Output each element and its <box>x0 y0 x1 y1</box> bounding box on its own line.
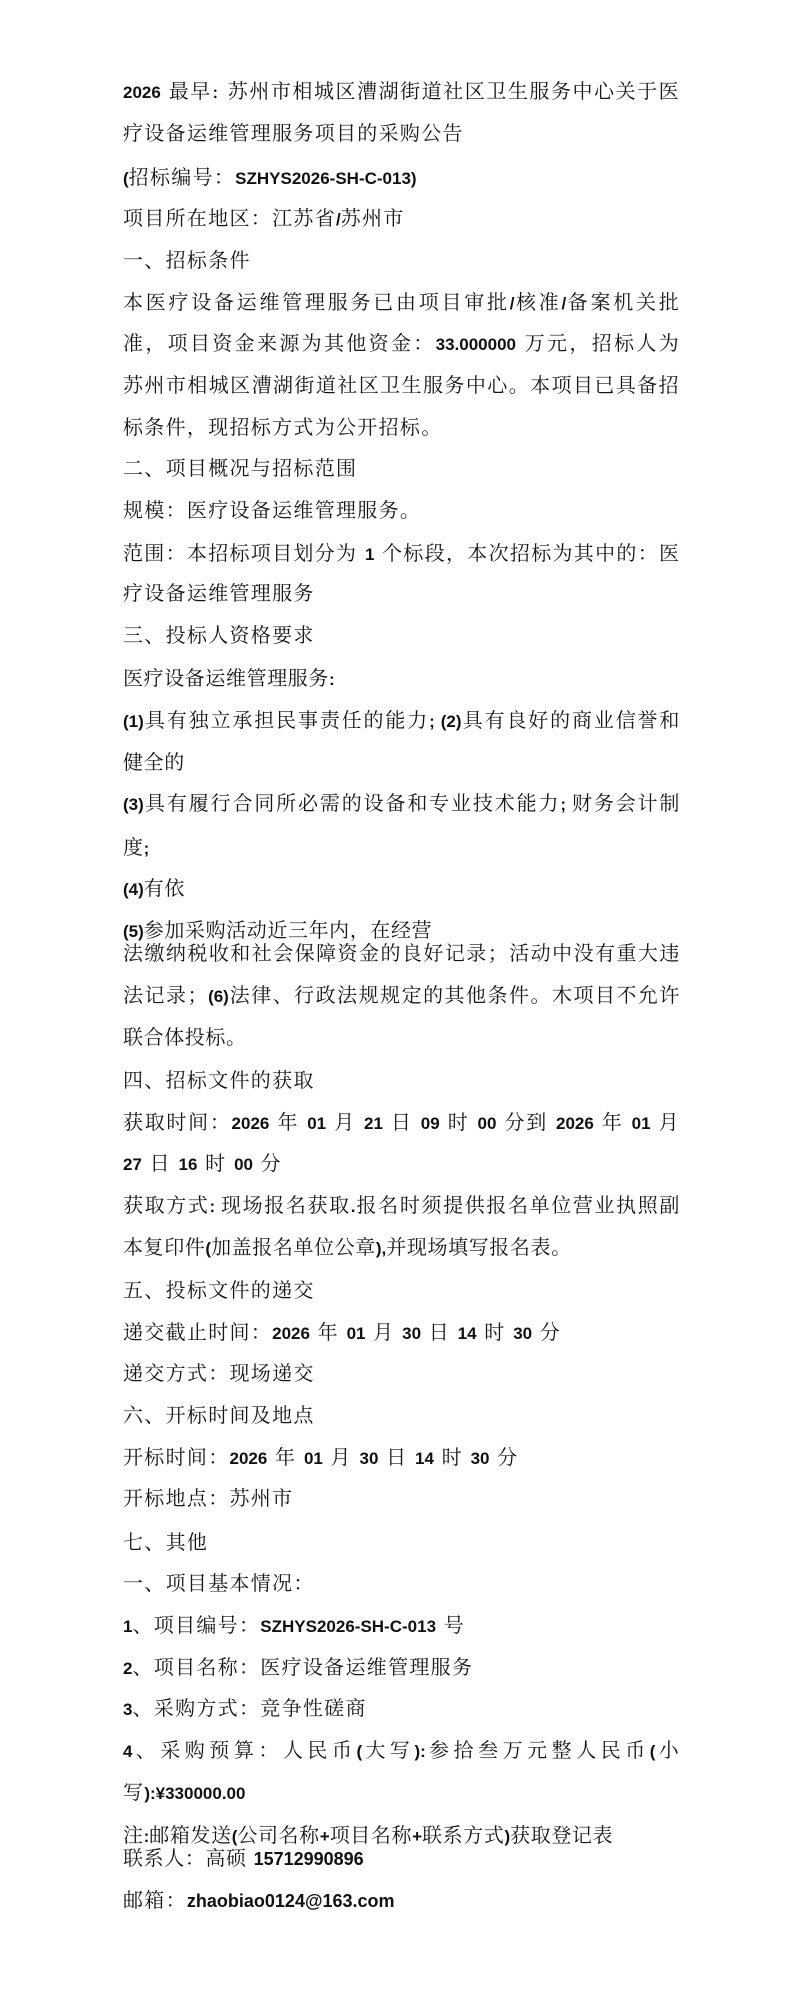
section-heading: 六、开标时间及地点 <box>123 1402 680 1428</box>
date-value: 2026 <box>230 1449 268 1468</box>
section-heading: 三、投标人资格要求 <box>123 622 680 648</box>
text-run: 开标时间： <box>123 1445 230 1469</box>
text-run: 日 <box>421 1320 458 1344</box>
text-run: 具有履行合同所必需的设备和专业技术能力 <box>144 791 561 815</box>
date-value: 2026 <box>232 1114 270 1133</box>
text-run: ; <box>560 795 572 814</box>
text-run: 本医疗设备运维管理服务已由项目审批 <box>123 290 510 314</box>
info-item: 2、项目名称：医疗设备运维管理服务 <box>123 1654 680 1680</box>
date-value: 2026 <box>272 1324 310 1343</box>
text-run: 时 <box>440 1110 478 1134</box>
text-run: 时 <box>477 1320 514 1344</box>
section-heading: 四、招标文件的获取 <box>123 1067 680 1093</box>
time-value: 14 <box>458 1324 477 1343</box>
text-run: 年 <box>594 1110 632 1134</box>
section-line: 法记录；(6)法律、行政法规规定的其他条件。木项目不允许 <box>123 982 680 1008</box>
budget-amount: ):¥330000.00 <box>144 1784 245 1803</box>
text-run: 注 <box>123 1823 144 1847</box>
time-value: 09 <box>421 1114 440 1133</box>
text-run: 联合体投标。 <box>123 1025 247 1049</box>
text-run: 日 <box>383 1110 421 1134</box>
date-value: 2026 <box>556 1114 594 1133</box>
text-run: 具有独立承担民事责任的能力 <box>144 708 429 732</box>
text-run: ), <box>376 1239 386 1258</box>
time-value: 16 <box>179 1155 198 1174</box>
text-run: 时 <box>197 1151 234 1175</box>
procurement-notice-document: 2026 最早: 苏州市相城区漕湖街道社区卫生服务中心关于医 疗设备运维管理服务… <box>0 0 800 1991</box>
date-value: 01 <box>307 1114 326 1133</box>
funding-amount: 33.000000 <box>436 335 516 354</box>
text-run: 年 <box>310 1320 347 1344</box>
date-value: 30 <box>402 1324 421 1343</box>
text-run: 、项目编号： <box>132 1613 260 1637</box>
section-line: 递交方式：现场递交 <box>123 1360 680 1386</box>
text-run: 月 <box>365 1320 402 1344</box>
text-run: + <box>412 1827 422 1846</box>
text-run: 财务会计制 <box>572 791 680 815</box>
bid-number-line: (招标编号：SZHYS2026-SH-C-013) <box>123 164 680 190</box>
text-run: : <box>210 1197 221 1216</box>
text-run: 分 <box>253 1151 282 1175</box>
section-line: 获取方式: 现场报名获取.报名时须提供报名单位营业执照副 <box>123 1192 680 1218</box>
text-run: 加盖报名单位公章 <box>211 1235 376 1259</box>
section-line: 准，项目资金来源为其他资金：33.000000 万元，招标人为 <box>123 330 680 356</box>
text-run: 项目名称 <box>330 1823 412 1847</box>
section-line: 范围：本招标项目划分为 1 个标段，本次招标为其中的：医 <box>123 540 680 566</box>
text-run: 法缴纳税收和社会保障资金的良好记录；活动中没有重大违 <box>123 941 680 965</box>
section-line: (3)具有履行合同所必需的设备和专业技术能力; 财务会计制 <box>123 790 680 816</box>
date-value: 01 <box>304 1449 323 1468</box>
list-marker: (1) <box>123 712 144 731</box>
text-run: : <box>329 670 335 689</box>
date-value: 01 <box>347 1324 366 1343</box>
list-marker: (6) <box>208 987 229 1006</box>
list-marker: ; (2) <box>429 712 461 731</box>
text-run: 项目所在地区：江苏省 <box>123 206 336 230</box>
section-line: 标条件，现招标方式为公开招标。 <box>123 414 680 440</box>
title-text: 疗设备运维管理服务项目的采购公告 <box>123 121 464 145</box>
section-line: 27 日 16 时 00 分 <box>123 1150 680 1176</box>
text-run: 本复印件 <box>123 1235 205 1259</box>
text-run: 报名时须提供报名单位营业执照副 <box>356 1193 681 1217</box>
text-run: 并现场填写报名表。 <box>386 1235 571 1259</box>
section-line: 本复印件(加盖报名单位公章),并现场填写报名表。 <box>123 1234 680 1260</box>
time-value: 30 <box>471 1449 490 1468</box>
text-run: 大写 <box>362 1738 414 1762</box>
contact-line: 联系人：高硕 15712990896 <box>123 1845 680 1871</box>
text-run: 写 <box>123 1780 144 1804</box>
title-line: 2026 最早: 苏州市相城区漕湖街道社区卫生服务中心关于医 <box>123 78 680 104</box>
section-line: 医疗设备运维管理服务: <box>123 665 680 691</box>
text-run: 获取登记表 <box>510 1823 613 1847</box>
text-run: 核准 <box>515 290 562 314</box>
section-line: 获取时间：2026 年 01 月 21 日 09 时 00 分到 2026 年 … <box>123 1109 680 1135</box>
text-run: 万元，招标人为 <box>516 331 680 355</box>
text-run: 医疗设备运维管理服务 <box>123 666 329 690</box>
text-run: 参加采购活动近三年内，在经营 <box>144 918 432 942</box>
text-run: 范围：本招标项目划分为 <box>123 541 365 565</box>
text-run: 月 <box>326 1110 364 1134</box>
email-label: 邮箱： <box>123 1888 187 1912</box>
text-run: 现场报名获取 <box>221 1193 351 1217</box>
section-heading: 五、投标文件的递交 <box>123 1277 680 1303</box>
section-line: 开标地点：苏州市 <box>123 1485 680 1511</box>
text-run: 备案机关批 <box>566 290 680 314</box>
text-run: 日 <box>378 1445 415 1469</box>
section-line: 本医疗设备运维管理服务已由项目审批/核准/备案机关批 <box>123 289 680 315</box>
section-line: 健全的 <box>123 749 680 775</box>
text-run: 健全的 <box>123 750 185 774</box>
section-heading: 七、其他 <box>123 1529 680 1555</box>
date-value: 01 <box>632 1114 651 1133</box>
date-value: 27 <box>123 1155 142 1174</box>
text-run: 联系方式 <box>422 1823 504 1847</box>
bid-number-label: 招标编号： <box>129 165 236 189</box>
text-run: 准，项目资金来源为其他资金： <box>123 331 436 355</box>
text-run: 递交方式：现场递交 <box>123 1361 315 1385</box>
phone-number: 15712990896 <box>254 1849 364 1869</box>
info-item: 4、采购预算：人民币(大写):参拾叁万元整人民币(小 <box>123 1737 680 1763</box>
section-line: 递交截止时间：2026 年 01 月 30 日 14 时 30 分 <box>123 1319 680 1345</box>
section-line: 规模：医疗设备运维管理服务。 <box>123 497 680 523</box>
text-run: 获取时间： <box>123 1110 232 1134</box>
list-marker: (4) <box>123 880 144 899</box>
info-item: 写):¥330000.00 <box>123 1779 680 1805</box>
text-run: 号 <box>436 1613 465 1637</box>
text-run: 法律、行政法规规定的其他条件。木项目不允许 <box>229 983 680 1007</box>
text-run: 分 <box>490 1445 519 1469</box>
section-line: 苏州市相城区漕湖街道社区卫生服务中心。本项目已具备招 <box>123 372 680 398</box>
section-line: 开标时间：2026 年 01 月 30 日 14 时 30 分 <box>123 1444 680 1470</box>
time-value: 30 <box>513 1324 532 1343</box>
section-heading: 一、招标条件 <box>123 247 680 273</box>
section-line: (1)具有独立承担民事责任的能力; (2)具有良好的商业信誉和 <box>123 707 680 733</box>
text-run: 时 <box>434 1445 471 1469</box>
text-run: 公司名称 <box>237 1823 319 1847</box>
section-line: (4)有依 <box>123 875 680 901</box>
text-run: 具有良好的商业信誉和 <box>462 708 681 732</box>
info-item: 1、项目编号：SZHYS2026-SH-C-013 号 <box>123 1612 680 1638</box>
text-run: 、项目名称：医疗设备运维管理服务 <box>132 1655 473 1679</box>
text-run: 法记录； <box>123 983 208 1007</box>
list-marker: (5) <box>123 922 144 941</box>
title-text: 最早: 苏州市相城区漕湖街道社区卫生服务中心关于医 <box>161 79 680 103</box>
text-run: 日 <box>142 1151 179 1175</box>
text-run: 疗设备运维管理服务 <box>123 581 315 605</box>
time-value: 00 <box>234 1155 253 1174</box>
section-line: 联合体投标。 <box>123 1024 680 1050</box>
title-line: 疗设备运维管理服务项目的采购公告 <box>123 120 680 146</box>
list-marker: (3) <box>123 795 144 814</box>
text-run: 、采购预算：人民币 <box>132 1738 356 1762</box>
text-run: ; <box>144 839 150 858</box>
section-heading: 二、项目概况与招标范围 <box>123 455 680 481</box>
text-run: 月 <box>323 1445 360 1469</box>
text-run: 年 <box>267 1445 304 1469</box>
text-run: 度 <box>123 835 144 859</box>
subsection-heading: 一、项目基本情况： <box>123 1570 680 1596</box>
date-value: 21 <box>364 1114 383 1133</box>
region-line: 项目所在地区：江苏省/苏州市 <box>123 205 680 231</box>
text-run: 开标地点：苏州市 <box>123 1486 293 1510</box>
text-run: ): <box>414 1742 425 1761</box>
text-run: 苏州市 <box>341 206 405 230</box>
text-run: + <box>320 1827 330 1846</box>
text-run: 、采购方式：竞争性磋商 <box>132 1696 366 1720</box>
section-line: 度; <box>123 834 680 860</box>
text-run: 月 <box>651 1110 680 1134</box>
text-run: 一、项目基本情况： <box>123 1571 315 1595</box>
email-address: zhaobiao0124@163.com <box>187 1891 395 1911</box>
project-number: SZHYS2026-SH-C-013 <box>260 1617 436 1636</box>
text-run: 年 <box>269 1110 307 1134</box>
time-value: 14 <box>415 1449 434 1468</box>
text-run: 苏州市相城区漕湖街道社区卫生服务中心。本项目已具备招 <box>123 373 680 397</box>
contact-name: 联系人：高硕 <box>123 1846 254 1870</box>
text-run: 获取方式 <box>123 1193 210 1217</box>
budget-amount-words: 参拾叁万元整人民币 <box>426 1738 650 1762</box>
title-year: 2026 <box>123 83 161 102</box>
bid-number: SZHYS2026-SH-C-013) <box>235 169 416 188</box>
text-run: 个标段，本次招标为其中的：医 <box>374 541 680 565</box>
text-run: 分到 <box>496 1110 556 1134</box>
text-run: 递交截止时间： <box>123 1320 272 1344</box>
text-run: 分 <box>532 1320 561 1344</box>
section-line: 疗设备运维管理服务 <box>123 580 680 606</box>
text-run: 小 <box>655 1738 680 1762</box>
text-run: 邮箱发送 <box>149 1823 231 1847</box>
text-run: 有依 <box>144 876 185 900</box>
time-value: 00 <box>478 1114 497 1133</box>
date-value: 30 <box>360 1449 379 1468</box>
text-run: 标条件，现招标方式为公开招标。 <box>123 415 443 439</box>
section-line: 法缴纳税收和社会保障资金的良好记录；活动中没有重大违 <box>123 940 680 966</box>
info-item: 3、采购方式：竞争性磋商 <box>123 1695 680 1721</box>
email-line: 邮箱：zhaobiao0124@163.com <box>123 1887 680 1913</box>
text-run: 规模：医疗设备运维管理服务。 <box>123 498 421 522</box>
